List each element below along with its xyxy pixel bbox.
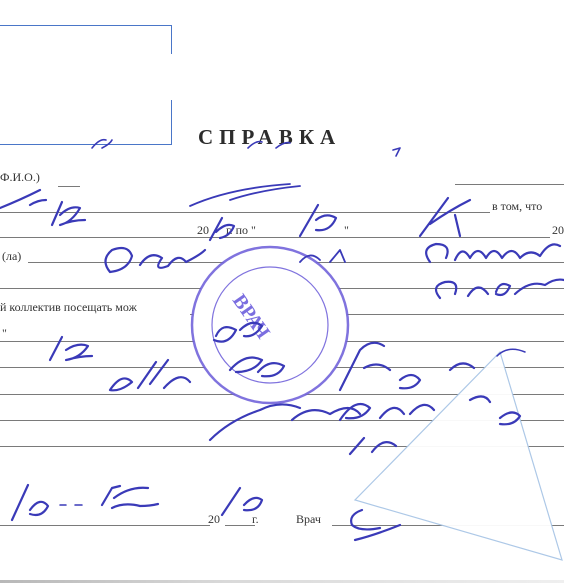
fio-rule [58, 186, 80, 187]
date-to-rule [0, 237, 550, 238]
diagnosis-rule-2 [0, 288, 564, 289]
corner-stamp-frame [0, 25, 172, 145]
year-prefix-3: 20 [208, 512, 220, 527]
hw-start-mark [0, 190, 46, 208]
year-prefix-1: 20 [197, 223, 209, 238]
diagnosis-rule-1 [28, 262, 564, 263]
quote-open-2: " [2, 326, 7, 341]
notes-rule-3 [0, 420, 564, 421]
document-title: СПРАВКА [198, 125, 341, 150]
issue-date-rule [0, 525, 210, 526]
hw-notes-4 [340, 404, 434, 420]
in-that-label: в том, что [492, 199, 542, 214]
round-stamp-outer [192, 247, 348, 403]
g-po-label: г. по " [226, 223, 256, 238]
doctor-signature-rule [332, 525, 564, 526]
scan-bottom-edge [0, 580, 564, 583]
hw-notes-3 [210, 404, 360, 440]
hw-return-day [214, 323, 262, 342]
year-prefix-2: 20 [552, 223, 564, 238]
notes-rule-1 [0, 367, 564, 368]
hw-diagnosis-word-1 [105, 248, 205, 272]
doctor-label: Врач [296, 512, 321, 527]
triangle-stamp-mark [497, 349, 525, 356]
rule-top-right [455, 184, 564, 185]
hw-notes-1 [110, 360, 190, 390]
collective-label: й коллектив посещать мож [0, 300, 137, 315]
round-stamp-inner [212, 267, 328, 383]
triangle-stamp [355, 352, 562, 560]
notes-rule-2 [0, 394, 564, 395]
hw-diagnosis-word-2 [426, 244, 560, 262]
hw-issue-day [12, 485, 48, 520]
round-stamp-bg [192, 247, 348, 403]
g-short-label: г. [252, 512, 259, 527]
hw-month-to [420, 198, 470, 236]
hw-day-to [300, 205, 336, 236]
hw-day-from [52, 202, 85, 225]
hw-issue-month [102, 486, 158, 508]
quote-close-1: " [344, 223, 349, 238]
return-date-rule [0, 341, 564, 342]
date-from-rule [0, 212, 490, 213]
collective-rule [190, 314, 564, 315]
issue-year-rule [225, 525, 255, 526]
fio-label: Ф.И.О.) [0, 170, 40, 185]
round-stamp-text: ВРАЧ [228, 290, 274, 343]
notes-rule-4 [0, 446, 564, 447]
la-label: (ла) [2, 249, 21, 264]
hw-issue-year [222, 488, 262, 515]
